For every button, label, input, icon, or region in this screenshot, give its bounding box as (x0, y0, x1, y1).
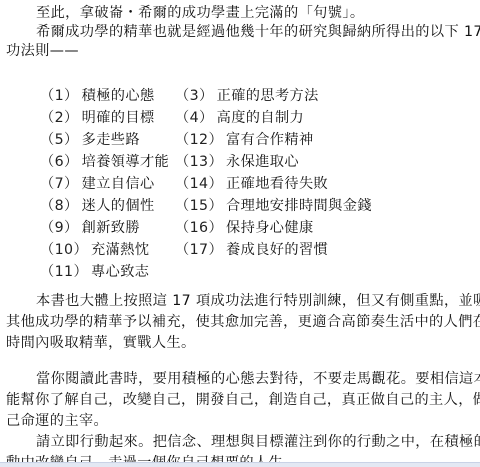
paragraph-3-line-2: 能幫你了解自己，改變自己，開發自己，創造自己，真正做自己的主人，做自 (6, 391, 480, 409)
paragraph-3-line-1: 當你閱讀此書時，要用積極的心態去對待，不要走馬觀花。要相信這本書 (36, 370, 480, 388)
principle-item: （1）積極的心態 (40, 87, 155, 105)
paragraph-3-line-3: 己命運的主宰。 (6, 412, 108, 430)
paragraph-4-line-1: 請立即行動起來。把信念、理想與目標灌注到你的行動之中，在積極的行 (36, 433, 480, 451)
principle-item: （6）培養領導才能 (40, 153, 169, 171)
page-bottom-edge (0, 462, 480, 467)
principle-item: （12）富有合作精神 (175, 131, 314, 149)
principle-item: （2）明確的目標 (40, 109, 155, 127)
principle-item: （3）正確的思考方法 (175, 87, 319, 105)
principle-item: （5）多走些路 (40, 131, 140, 149)
principle-item: （13）永保進取心 (175, 153, 299, 171)
principle-item: （17）養成良好的習慣 (175, 241, 328, 259)
principle-item: （11）專心致志 (40, 263, 149, 281)
intro-line-2: 希爾成功學的精華也就是經過他幾十年的研究與歸納所得出的以下 17 條成 (36, 23, 480, 41)
principle-item: （14）正確地看待失敗 (175, 175, 328, 193)
paragraph-2-line-2: 其他成功學的精華予以補充，使其愈加完善，更適合高節奏生活中的人們在短 (6, 313, 480, 331)
principle-item: （7）建立自信心 (40, 175, 155, 193)
principle-item: （10）充滿熱忱 (40, 241, 149, 259)
principle-item: （16）保持身心健康 (175, 219, 314, 237)
principle-item: （15）合理地安排時間與金錢 (175, 197, 372, 215)
intro-line-3: 功法則—— (6, 42, 79, 60)
paragraph-2-line-3: 時間內吸取精華，實戰人生。 (6, 334, 196, 352)
principle-item: （8）迷人的個性 (40, 197, 155, 215)
intro-line-1: 至此，拿破崙・希爾的成功學畫上完滿的「句號」。 (36, 4, 364, 22)
document-page: 至此，拿破崙・希爾的成功學畫上完滿的「句號」。 希爾成功學的精華也就是經過他幾十… (0, 0, 480, 467)
principle-item: （9）創新致勝 (40, 219, 140, 237)
paragraph-2-line-1: 本書也大體上按照這 17 項成功法進行特別訓練，但又有側重點，並吸收了 (36, 292, 480, 310)
principle-item: （4）高度的自制力 (175, 109, 304, 127)
